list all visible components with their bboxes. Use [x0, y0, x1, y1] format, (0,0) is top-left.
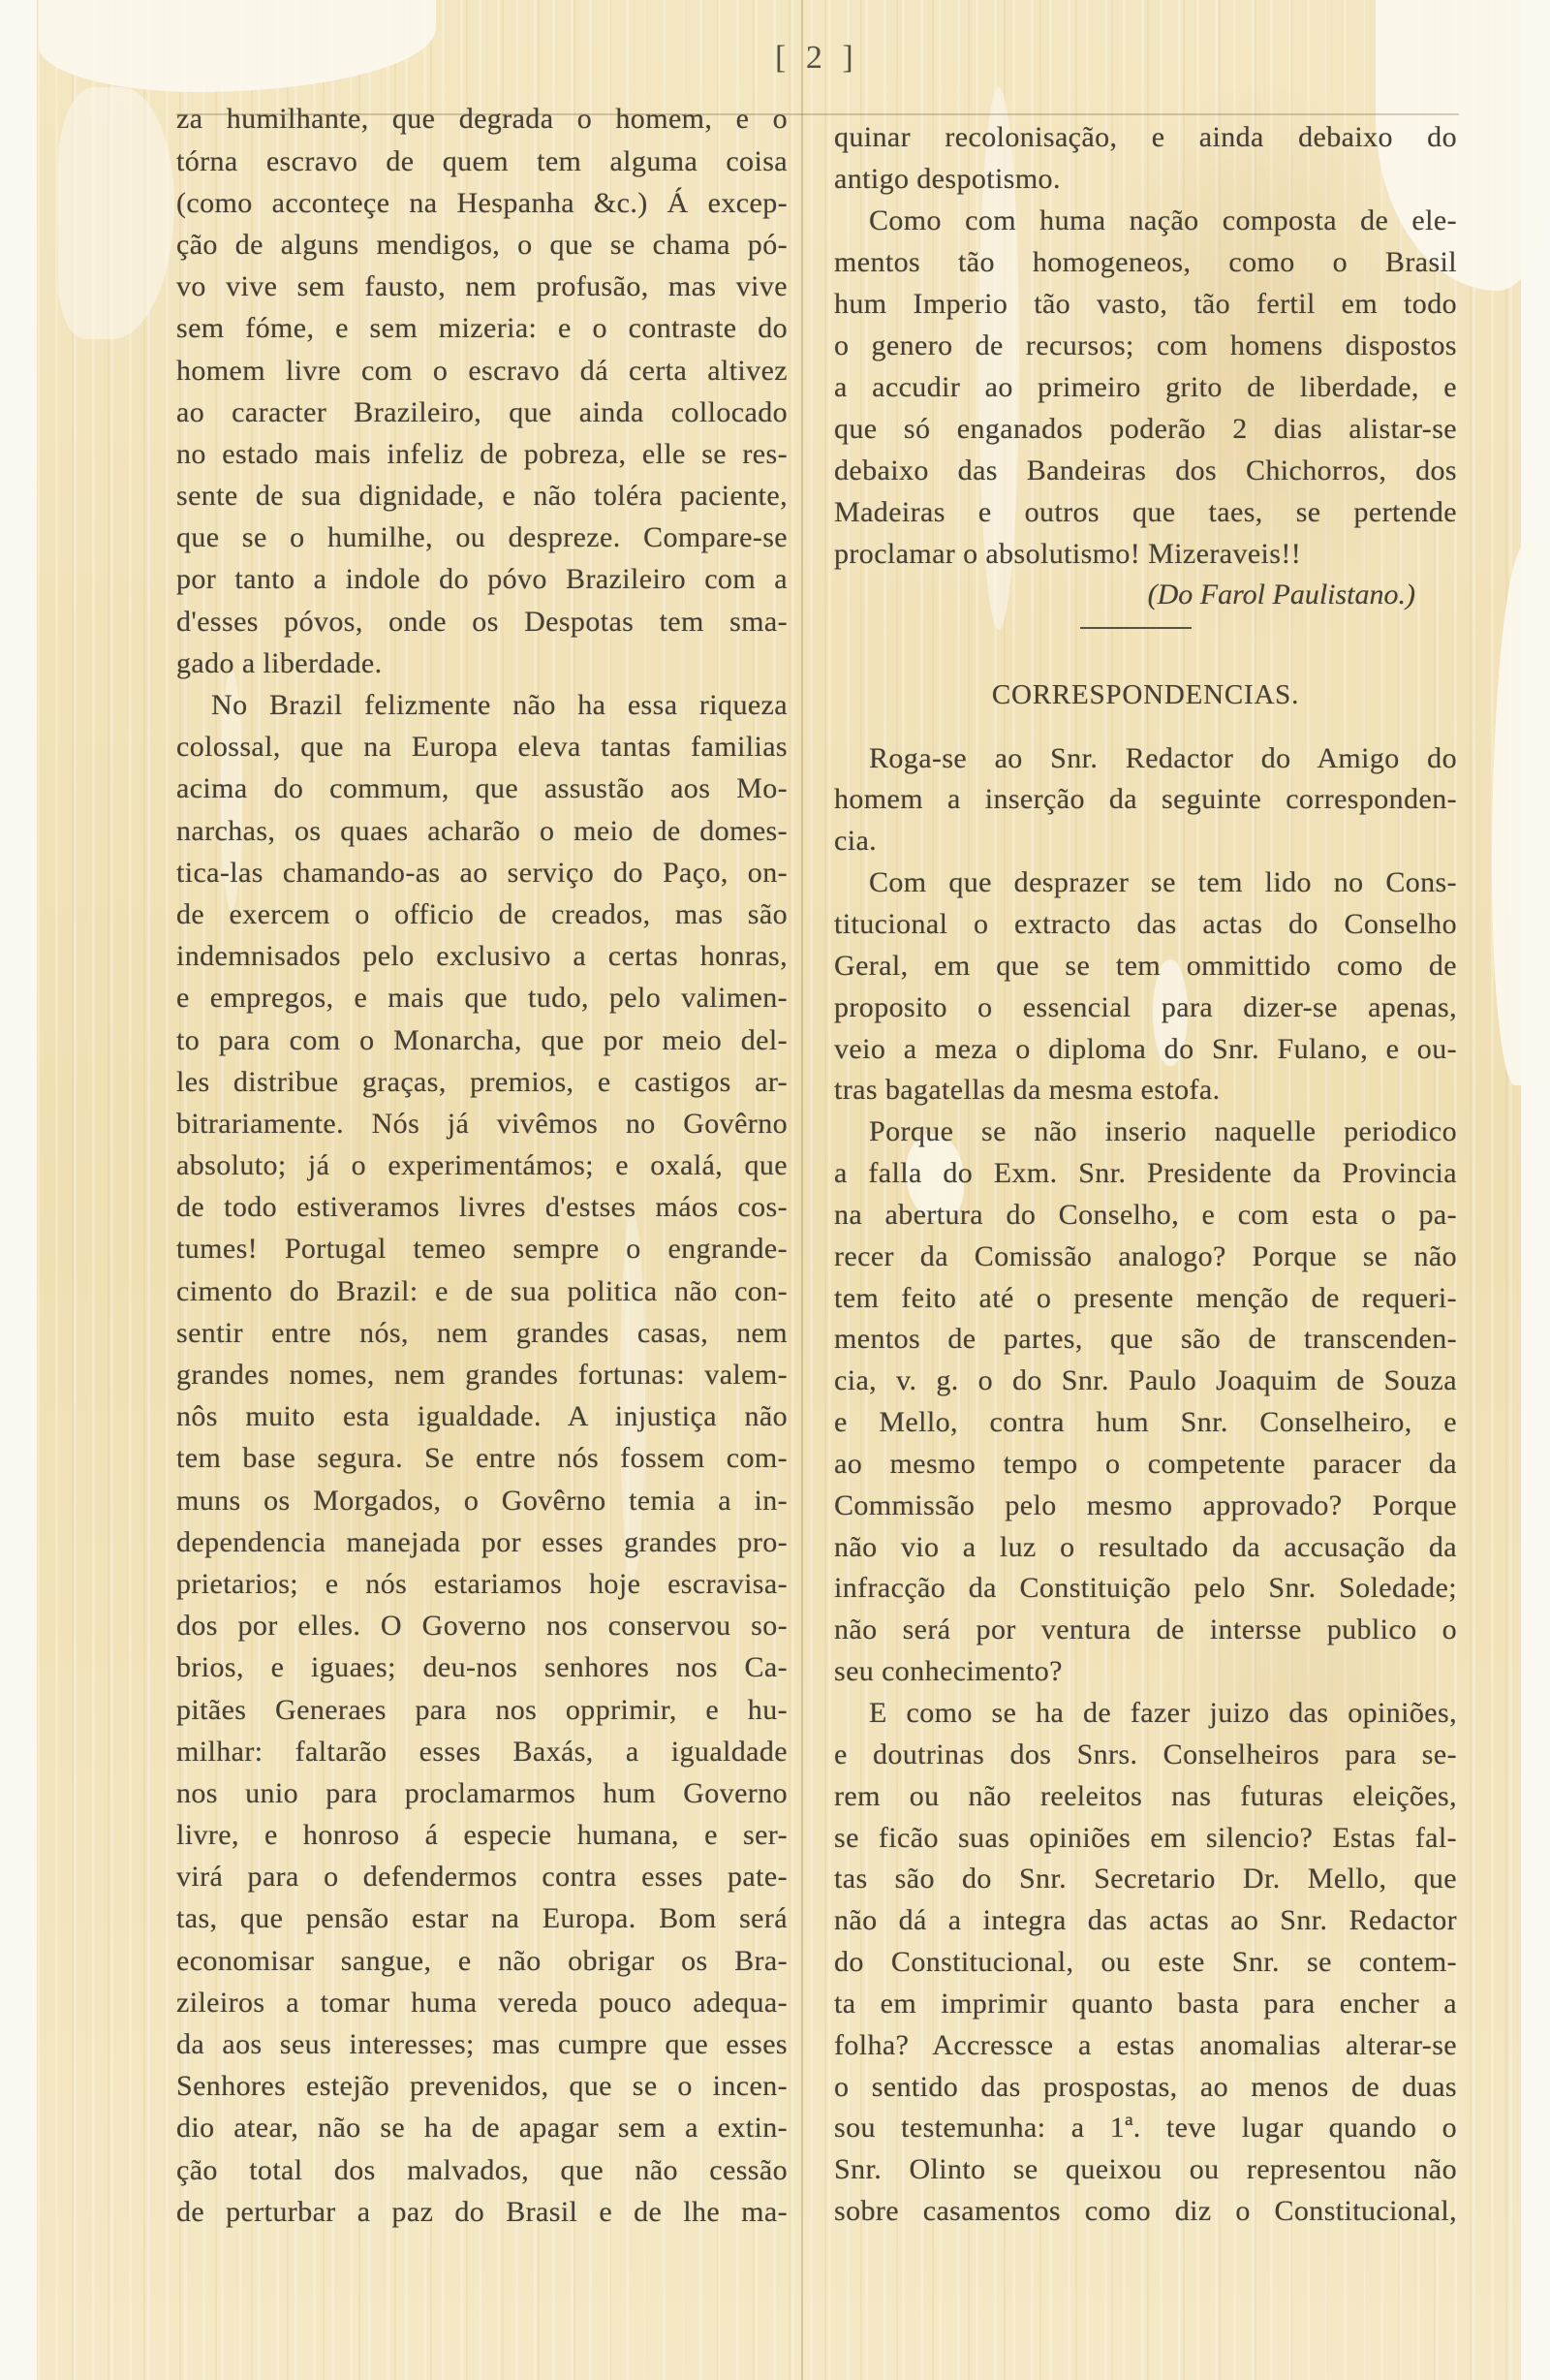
text-line: tumes! Portugal temeo sempre o engrande- [176, 1228, 788, 1269]
text-line: homem a inserção da seguinte corresponde… [834, 779, 1457, 821]
paragraph-end-line: proclamar o absolutismo! Mizeraveis!! [834, 533, 1457, 575]
text-line: sou testemunha: a 1ª. teve lugar quando … [834, 2108, 1457, 2149]
text-line: narchas, os quaes acharão o meio de dome… [176, 810, 788, 852]
text-line: ao caracter Brazileiro, que ainda colloc… [176, 391, 788, 433]
text-line: debaixo das Bandeiras dos Chichorros, do… [834, 450, 1457, 491]
text-line: grandes nomes, nem grandes fortunas: val… [176, 1354, 788, 1395]
text-line: sem fóme, e sem mizeria: e o contraste d… [176, 307, 788, 349]
text-line: Madeiras e outros que taes, se pertende [834, 491, 1457, 533]
text-line: za humilhante, que degrada o homem, e o [176, 98, 788, 140]
text-line: mentos de partes, que são de transcenden… [834, 1319, 1457, 1361]
source-attribution: (Do Farol Paulistano.) [834, 574, 1415, 615]
paragraph-start-line: E como se ha de fazer juizo das opiniões… [834, 1693, 1457, 1735]
paragraph-end-line: cia. [834, 821, 1457, 862]
text-line: colossal, que na Europa eleva tantas fam… [176, 726, 788, 767]
text-line: a falla do Exm. Snr. Presidente da Provi… [834, 1153, 1457, 1195]
text-line: na abertura do Conselho, e com esta o pa… [834, 1195, 1457, 1237]
text-line: nos unio para proclamarmos hum Governo [176, 1772, 788, 1814]
text-line: dependencia manejada por esses grandes p… [176, 1521, 788, 1563]
text-line: do Constitucional, ou este Snr. se conte… [834, 1942, 1457, 1984]
text-line: Geral, em que se tem ommittido como de [834, 946, 1457, 987]
text-line: se ficão suas opiniões em silencio? Esta… [834, 1818, 1457, 1860]
text-line: tas são do Snr. Secretario Dr. Mello, qu… [834, 1859, 1457, 1900]
text-line: e Mello, contra hum Snr. Conselheiro, e [834, 1402, 1457, 1444]
text-line: acima do commum, que assustão aos Mo- [176, 767, 788, 809]
paragraph-start-line: Roga-se ao Snr. Redactor do Amigo do [834, 738, 1457, 780]
text-line: titucional o extracto das actas do Conse… [834, 904, 1457, 946]
text-line: mentos tão homogeneos, como o Brasil [834, 241, 1457, 283]
text-line: economisar sangue, e não obrigar os Bra- [176, 1940, 788, 1982]
text-line: indemnisados pelo exclusivo a certas hon… [176, 935, 788, 977]
newspaper-page: [ 2 ] za humilhante, que degrada o homem… [0, 0, 1550, 2380]
text-line: milhar: faltarão esses Baxás, a igualdad… [176, 1731, 788, 1772]
text-line: que só enganados poderão 2 dias alistar-… [834, 408, 1457, 450]
text-line: de todo estiveramos livres d'estses máos… [176, 1186, 788, 1228]
text-line: livre, e honroso á especie humana, e ser… [176, 1814, 788, 1856]
paragraph-start-line: No Brazil felizmente não ha essa riqueza [176, 684, 788, 726]
paragraph-start-line: Como com huma nação composta de ele- [834, 200, 1457, 241]
text-line: ao mesmo tempo o competente paracer da [834, 1444, 1457, 1486]
right-column-correspondence: Roga-se ao Snr. Redactor do Amigo do hom… [834, 738, 1457, 2233]
text-line: ta em imprimir quanto basta para encher … [834, 1984, 1457, 2025]
paragraph-end-line: seu conhecimento? [834, 1651, 1457, 1693]
text-line: de perturbar a paz do Brasil e de lhe ma… [176, 2191, 788, 2233]
text-line: tas, que pensão estar na Europa. Bom ser… [176, 1897, 788, 1939]
text-line: tem base segura. Se entre nós fossem com… [176, 1437, 788, 1479]
text-line: e empregos, e mais que tudo, pelo valime… [176, 977, 788, 1018]
text-line: não dá a integra das actas ao Snr. Redac… [834, 1900, 1457, 1942]
text-line: homem livre com o escravo dá certa altiv… [176, 350, 788, 391]
text-line: da aos seus interesses; mas cumpre que e… [176, 2023, 788, 2065]
text-line: rem ou não reeleitos nas futuras eleiçõe… [834, 1776, 1457, 1818]
text-line: (como acconteçe na Hespanha &c.) Á excep… [176, 182, 788, 224]
text-line: Snr. Olinto se queixou ou representou nã… [834, 2149, 1457, 2191]
paper-damage [1492, 543, 1550, 1085]
text-line: vo vive sem fausto, nem profusão, mas vi… [176, 266, 788, 307]
text-line: proposito o essencial para dizer-se apen… [834, 987, 1457, 1029]
text-line: zileiros a tomar huma vereda pouco adequ… [176, 1982, 788, 2023]
text-line: tórna escravo de quem tem alguma coisa [176, 141, 788, 182]
text-line: dio atear, não se ha de apagar sem a ext… [176, 2107, 788, 2148]
text-line: a accudir ao primeiro grito de liberdade… [834, 366, 1457, 408]
text-line: e doutrinas dos Snrs. Conselheiros para … [834, 1735, 1457, 1776]
text-line: nôs muito esta igualdade. A injustiça nã… [176, 1395, 788, 1437]
text-line: d'esses póvos, onde os Despotas tem sma- [176, 601, 788, 642]
text-line: pitães Generaes para nos opprimir, e hu- [176, 1689, 788, 1731]
text-line: ção total dos malvados, que não cessão [176, 2149, 788, 2191]
column-fold-line [801, 0, 803, 2380]
text-line: Senhores estejão prevenidos, que se o in… [176, 2065, 788, 2107]
text-line: quinar recolonisação, e ainda debaixo do [834, 116, 1457, 158]
paragraph-end-line: antigo despotismo. [834, 158, 1457, 200]
text-line: o genero de recursos; com homens dispost… [834, 325, 1457, 366]
paper-damage [39, 0, 436, 92]
text-line: por tanto a indole do póvo Brazileiro co… [176, 558, 788, 600]
paragraph-start-line: Porque se não inserio naquelle periodico [834, 1112, 1457, 1153]
text-line: prietarios; e nós estariamos hoje escrav… [176, 1563, 788, 1605]
page-number: [ 2 ] [775, 39, 853, 78]
text-line: brios, e iguaes; deu-nos senhores nos Ca… [176, 1646, 788, 1688]
text-line: virá para o defendermos contra esses pat… [176, 1856, 788, 1897]
text-line: que se o humilhe, ou despreze. Compare-s… [176, 517, 788, 558]
text-line: absoluto; já o experimentámos; e oxalá, … [176, 1144, 788, 1186]
paper-edge-right [1521, 0, 1550, 2380]
text-line: recer da Comissão analogo? Porque se não [834, 1237, 1457, 1278]
text-line: não será por ventura de intersse publico… [834, 1610, 1457, 1651]
text-line: dos por elles. O Governo nos conservou s… [176, 1605, 788, 1646]
text-line: cimento do Brazil: e de sua politica não… [176, 1270, 788, 1312]
text-line: sentir entre nós, nem grandes casas, nem [176, 1312, 788, 1354]
text-line: bitrariamente. Nós já vivêmos no Govêrno [176, 1103, 788, 1144]
text-line: to para com o Monarcha, que por meio del… [176, 1019, 788, 1061]
text-line: ção de alguns mendigos, o que se chama p… [176, 224, 788, 266]
text-line: sente de sua dignidade, e não toléra pac… [176, 475, 788, 517]
paper-damage [58, 87, 174, 339]
text-line: no estado mais infeliz de pobreza, elle … [176, 433, 788, 475]
paragraph-end-line: tras bagatellas da mesma estofa. [834, 1070, 1457, 1112]
section-heading: CORRESPONDENCIAS. [834, 674, 1457, 715]
text-line: hum Imperio tão vasto, tão fertil em tod… [834, 283, 1457, 325]
section-divider [1080, 627, 1192, 629]
text-line: tica-las chamando-as ao serviço do Paço,… [176, 852, 788, 893]
text-line: o sentido das prospostas, ao menos de du… [834, 2067, 1457, 2109]
text-line: folha? Accressce a estas anomalias alter… [834, 2025, 1457, 2067]
text-line: Commissão pelo mesmo approvado? Porque [834, 1486, 1457, 1527]
left-column: za humilhante, que degrada o homem, e o … [176, 98, 788, 2233]
text-line: veio a meza o diploma do Snr. Fulano, e … [834, 1029, 1457, 1071]
right-column-article-end: quinar recolonisação, e ainda debaixo do… [834, 116, 1457, 575]
text-line: cia, v. g. o do Snr. Paulo Joaquim de So… [834, 1361, 1457, 1402]
paper-edge-left [0, 0, 37, 2380]
text-line: infracção da Constituição pelo Snr. Sole… [834, 1568, 1457, 1610]
paragraph-start-line: Com que desprazer se tem lido no Cons- [834, 862, 1457, 904]
text-line: não vio a luz o resultado da accusação d… [834, 1527, 1457, 1569]
paragraph-end-line: gado a liberdade. [176, 642, 788, 684]
text-line: tem feito até o presente menção de reque… [834, 1278, 1457, 1320]
text-line: les distribue graças, premios, e castigo… [176, 1061, 788, 1103]
text-line: sobre casamentos como diz o Constitucion… [834, 2191, 1457, 2233]
text-line: muns os Morgados, o Govêrno temia a in- [176, 1480, 788, 1521]
text-line: de exercem o officio de creados, mas são [176, 893, 788, 935]
